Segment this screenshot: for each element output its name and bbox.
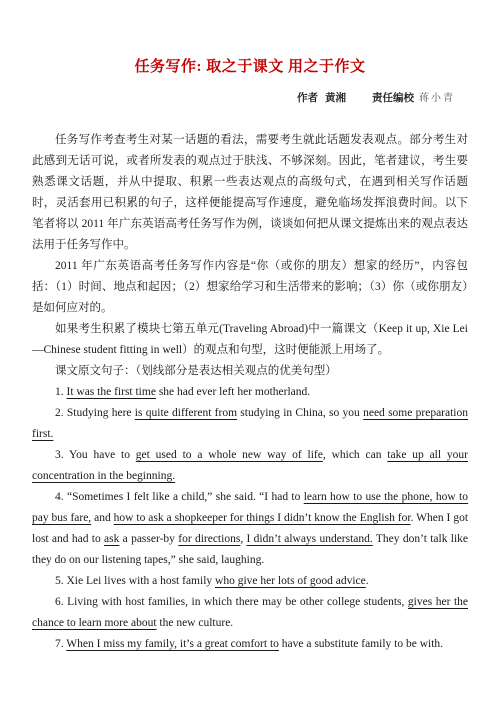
text-segment: . — [366, 575, 369, 587]
text-segment: 7. — [55, 638, 66, 650]
text-segment: 1. — [55, 386, 67, 398]
sentence-3: 3. You have to get used to a whole new w… — [32, 445, 468, 487]
text-segment: have a substitute family to be with. — [279, 638, 443, 650]
sentence-6: 6. Living with host families, in which t… — [32, 592, 468, 634]
text-segment: the new culture. — [157, 617, 234, 629]
text-segment: , which can — [323, 449, 387, 461]
byline: 作者黄湘责任编校蒋小青 — [0, 89, 500, 105]
intro-paragraph: 任务写作考查考生对某一话题的看法，需要考生就此话题发表观点。部分考生对此感到无话… — [32, 130, 468, 256]
underlined-phrase: When I miss my family, it’s a great comf… — [66, 638, 279, 650]
text-segment: a passer-by — [119, 533, 178, 545]
sentence-7: 7. When I miss my family, it’s a great c… — [32, 634, 468, 655]
sentence-1: 1. It was the first time she had ever le… — [32, 382, 468, 403]
document-page: 任务写作: 取之于课文 用之于作文 作者黄湘责任编校蒋小青 任务写作考查考生对某… — [0, 0, 500, 707]
unit-reference-paragraph: 如果考生积累了模块七第五单元(Traveling Abroad)中一篇课文（Ke… — [32, 319, 468, 361]
text-segment: and — [91, 512, 113, 524]
document-body: 任务写作考查考生对某一话题的看法，需要考生就此话题发表观点。部分考生对此感到无话… — [32, 130, 468, 655]
text-segment: 6. Living with host families, in which t… — [55, 596, 408, 608]
byline-editor-name: 蒋小青 — [419, 93, 455, 104]
text-segment: studying in China, so you — [237, 407, 363, 419]
underlined-phrase: get used to a whole new way of life — [136, 449, 323, 461]
text-segment: she had ever left her motherland. — [156, 386, 310, 398]
underlined-phrase: I didn’t always understand. — [247, 533, 373, 545]
task-description-paragraph: 2011 年广东英语高考任务写作内容是“你（或你的朋友）想家的经历”，内容包括：… — [32, 256, 468, 319]
byline-author-name: 黄湘 — [325, 93, 346, 104]
text-segment: 3. You have to — [55, 449, 136, 461]
underlined-phrase: who give her lots of good advice — [215, 575, 366, 587]
sentence-2: 2. Studying here is quite different from… — [32, 403, 468, 445]
sentence-4: 4. “Sometimes I felt like a child,” she … — [32, 487, 468, 571]
underlined-phrase: It was the first time — [67, 386, 156, 398]
underlined-phrase: is quite different from — [135, 407, 237, 419]
underlined-phrase: ask — [104, 533, 119, 545]
text-segment: 5. Xie Lei lives with a host family — [55, 575, 215, 587]
underlined-phrase: for directions — [178, 533, 240, 545]
sentence-5: 5. Xie Lei lives with a host family who … — [32, 571, 468, 592]
byline-editor-label: 责任编校 — [372, 93, 414, 104]
source-sentences-heading: 课文原文句子：（划线部分是表达相关观点的优美句型） — [32, 361, 468, 382]
text-segment: 4. “Sometimes I felt like a child,” she … — [55, 491, 304, 503]
page-title: 任务写作: 取之于课文 用之于作文 — [0, 0, 500, 76]
underlined-phrase: how to ask a shopkeeper for things I did… — [114, 512, 411, 524]
text-segment: 2. Studying here — [55, 407, 135, 419]
byline-author-label: 作者 — [297, 93, 318, 104]
